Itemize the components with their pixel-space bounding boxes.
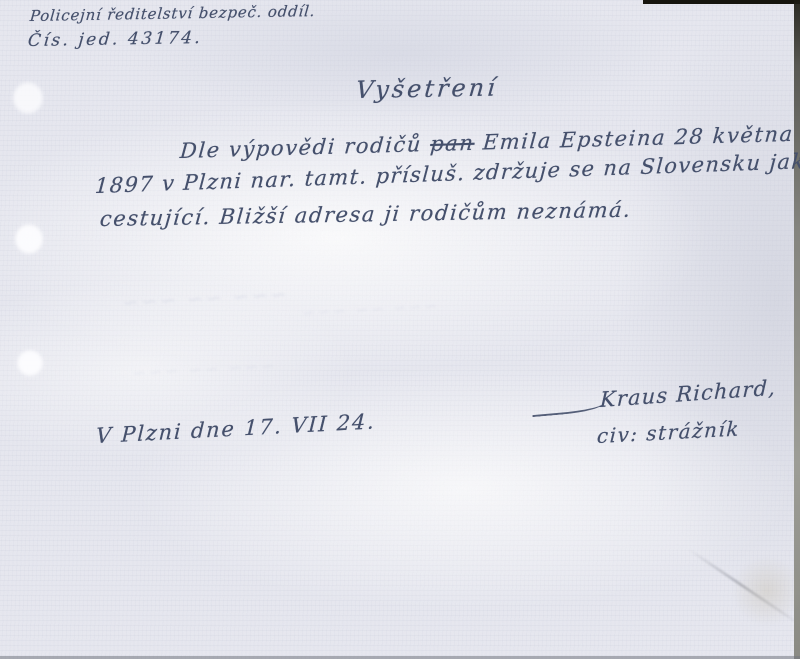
header-office-line: Policejní ředitelství bezpeč. oddíl. [30,2,316,25]
signature-flourish-stroke [532,401,605,417]
scan-edge-top-right [643,0,800,4]
header-office-text: Policejní ředitelství bezpeč. oddíl. [29,2,316,25]
punch-hole-middle [15,224,43,254]
header-reference-number: Čís. jed. 43174. [28,28,203,51]
body-line1-struck-word: pan [429,131,475,156]
ink-bleed-through-mark: ~~~ ~~ ~~~ [300,296,438,322]
punch-hole-bottom [17,350,43,376]
body-line1-post: Emila Epsteina 28 května [474,122,795,155]
scan-edge-right [794,0,800,659]
place-and-date-line: V Plzni dne 17. VII 24. [95,409,376,448]
header-reference-text: Čís. jed. 43174. [27,28,203,51]
body-line1-pre: Dle výpovědi rodičů [179,132,431,163]
signature-name: Kraus Richard, [599,376,777,412]
signature-role-text: civ: strážník [596,416,740,448]
document-title-text: Vyšetření [355,74,499,105]
body-paragraph-line-3: cestující. Bližší adresa ji rodičům nezn… [100,198,632,231]
ink-bleed-through-mark: ~~~ ~~ ~~~ [130,356,276,384]
scanned-document-page: ~~~ ~~ ~~~ ~~~ ~~ ~~~ ~~~ ~~ ~~~ Policej… [0,0,800,659]
ink-bleed-through-mark: ~~~ ~~ ~~~ [119,282,287,315]
signature-role: civ: strážník [596,417,740,448]
punch-hole-top [13,82,43,114]
place-and-date-text: V Plzni dne 17. VII 24. [95,409,376,448]
document-title: Vyšetření [356,74,498,104]
body-line3-text: cestující. Bližší adresa ji rodičům nezn… [99,198,633,231]
signature-name-text: Kraus Richard, [600,376,777,412]
paper-stain [732,556,800,626]
